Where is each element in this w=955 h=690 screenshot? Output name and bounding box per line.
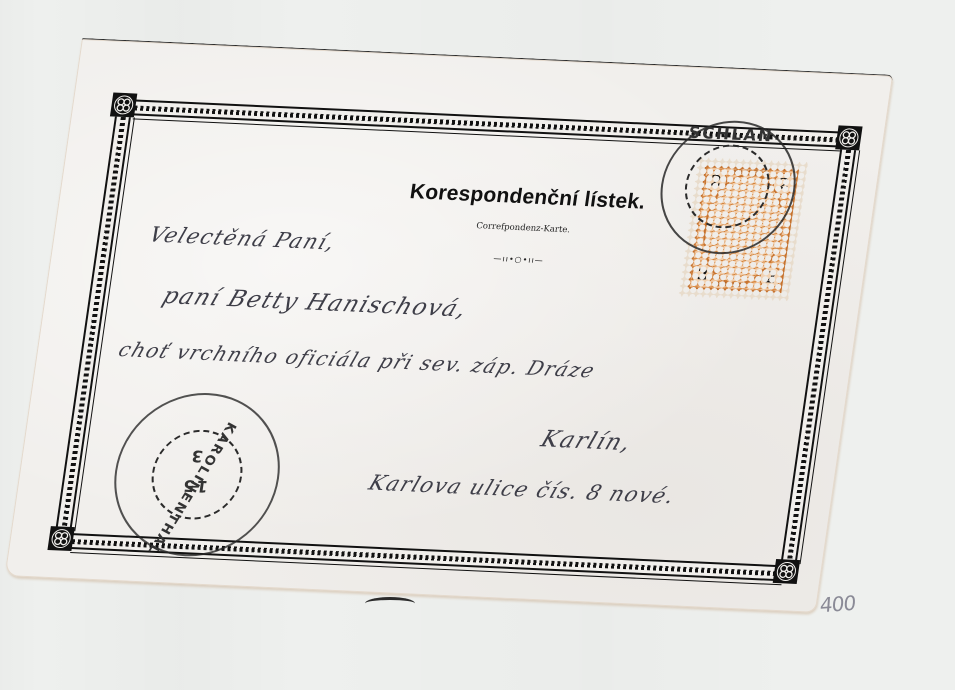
underlying-postmark-fragment — [365, 597, 415, 610]
postmark-date-day: 15 — [180, 476, 209, 496]
corner-ornament-top-left-icon — [110, 92, 137, 117]
salutation: Velectěná Paní, — [146, 222, 340, 254]
corner-ornament-top-right-icon — [835, 125, 862, 150]
recipient-city: Karlín, — [537, 426, 635, 456]
postcard: Korespondenční lístek. Correfpondenz-Kar… — [4, 38, 893, 613]
corner-ornament-bottom-left-icon — [47, 526, 74, 551]
recipient-street: Karlova ulice čís. 8 nové. — [366, 471, 679, 508]
postmark-schlan-text: SCHLAN — [687, 123, 774, 146]
postmark-date-month: 3 — [188, 446, 204, 465]
pencil-price-note: 400 — [819, 591, 856, 618]
recipient-title: choť vrchního oficiála při sev. záp. Drá… — [115, 337, 599, 382]
postmark-schlan-inner — [679, 143, 775, 230]
corner-ornament-bottom-right-icon — [773, 559, 800, 584]
recipient-name: paní Betty Hanischová, — [159, 283, 471, 322]
postmark-karolinenthal: KAROLINENTHAL 3 15 — [103, 389, 290, 560]
